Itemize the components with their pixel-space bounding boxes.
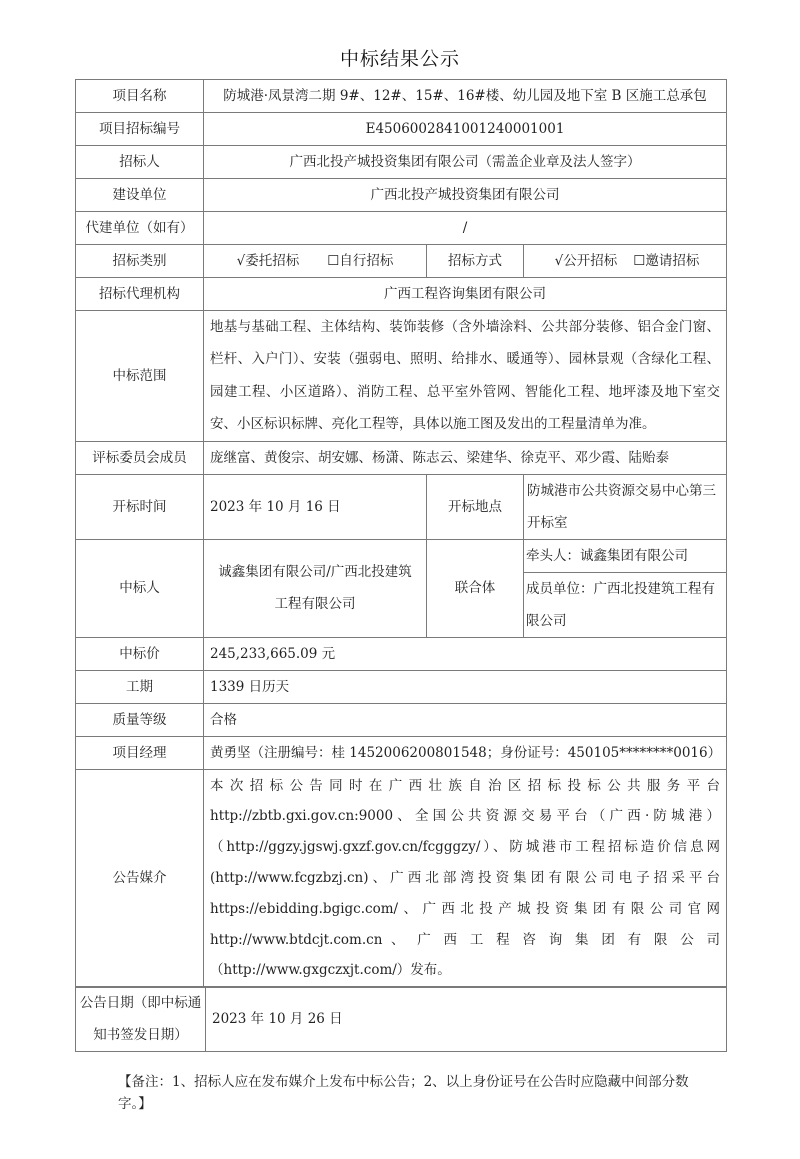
row-duration: 工期 1339 日历天 — [76, 670, 727, 703]
media-line: http://zbtb.gxi.gov.cn:9000、全国公共资源交易平台（广… — [210, 801, 720, 832]
media-line: (http://www.fcgzbzj.cn)、广西北部湾投资集团有限公司电子招… — [210, 863, 720, 894]
price-value: 245,233,665.09 元 — [204, 637, 727, 670]
opening-time-label: 开标时间 — [76, 474, 204, 539]
tender-type-options: √委托招标☐自行招标 — [204, 245, 427, 278]
manager-label: 项目经理 — [76, 736, 204, 769]
committee-label: 评标委员会成员 — [76, 441, 204, 474]
row-tender-type: 招标类别 √委托招标☐自行招标 招标方式 √公开招标☐邀请招标 — [76, 245, 727, 278]
agency-label: 招标代理机构 — [76, 278, 204, 311]
opening-place-value: 防城港市公共资源交易中心第三开标室 — [524, 474, 727, 539]
scope-label: 中标范围 — [76, 311, 204, 442]
row-media: 公告媒介 本次招标公告同时在广西壮族自治区招标投标公共服务平台 http://z… — [76, 769, 727, 988]
media-line: 本次招标公告同时在广西壮族自治区招标投标公共服务平台 — [210, 771, 720, 802]
project-code-value: E4506002841001240001001 — [204, 113, 727, 146]
tender-method-options: √公开招标☐邀请招标 — [524, 245, 727, 278]
remark-note: 【备注：1、招标人应在发布媒介上发布中标公告；2、以上身份证号在公告时应隐藏中间… — [118, 1071, 698, 1115]
option-entrusted: √委托招标 — [237, 245, 300, 277]
agency-value: 广西工程咨询集团有限公司 — [204, 278, 727, 311]
page-title: 中标结果公示 — [0, 44, 800, 71]
quality-value: 合格 — [204, 703, 727, 736]
project-name-value: 防城港·凤景湾二期 9#、12#、15#、16#楼、幼儿园及地下室 B 区施工总… — [204, 80, 727, 113]
option-self: ☐自行招标 — [327, 245, 393, 277]
quality-label: 质量等级 — [76, 703, 204, 736]
row-agency: 招标代理机构 广西工程咨询集团有限公司 — [76, 278, 727, 311]
empty-checkbox-icon: ☐ — [327, 253, 339, 269]
row-agent-builder: 代建单位（如有） / — [76, 212, 727, 245]
media-line: （http://www.gxgczxjt.com/）发布。 — [210, 955, 720, 986]
duration-label: 工期 — [76, 670, 204, 703]
project-code-label: 项目招标编号 — [76, 113, 204, 146]
row-tenderer: 招标人 广西北投产城投资集团有限公司（需盖企业章及法人签字） — [76, 146, 727, 179]
opening-time-value: 2023 年 10 月 16 日 — [204, 474, 427, 539]
scope-value: 地基与基础工程、主体结构、装饰装修（含外墙涂料、公共部分装修、铝合金门窗、栏杆、… — [204, 311, 727, 442]
agent-builder-label: 代建单位（如有） — [76, 212, 204, 245]
tenderer-label: 招标人 — [76, 146, 204, 179]
media-line: http://www.btdcjt.com.cn 、 广 西 工 程 咨 询 集… — [210, 925, 720, 956]
option-open: √公开招标 — [555, 245, 618, 277]
tender-method-label: 招标方式 — [427, 245, 524, 278]
row-committee: 评标委员会成员 庞继富、黄俊宗、胡安娜、杨潇、陈志云、梁建华、徐克平、邓少霞、陆… — [76, 441, 727, 474]
builder-label: 建设单位 — [76, 179, 204, 212]
announcement-date-label: 公告日期（即中标通知书签发日期） — [76, 987, 206, 1052]
opening-place-label: 开标地点 — [427, 474, 524, 539]
price-label: 中标价 — [76, 637, 204, 670]
winner-label: 中标人 — [76, 539, 204, 637]
announcement-date-table: 公告日期（即中标通知书签发日期） 2023 年 10 月 26 日 — [75, 986, 727, 1052]
row-opening: 开标时间 2023 年 10 月 16 日 开标地点 防城港市公共资源交易中心第… — [76, 474, 727, 539]
agent-builder-value: / — [204, 212, 727, 245]
consortium-lead: 牵头人：诚鑫集团有限公司 — [524, 539, 727, 572]
media-label: 公告媒介 — [76, 769, 204, 988]
project-name-label: 项目名称 — [76, 80, 204, 113]
consortium-label: 联合体 — [427, 539, 524, 637]
row-scope: 中标范围 地基与基础工程、主体结构、装饰装修（含外墙涂料、公共部分装修、铝合金门… — [76, 311, 727, 442]
row-project-code: 项目招标编号 E4506002841001240001001 — [76, 113, 727, 146]
row-project-name: 项目名称 防城港·凤景湾二期 9#、12#、15#、16#楼、幼儿园及地下室 B… — [76, 80, 727, 113]
winner-value: 诚鑫集团有限公司/广西北投建筑工程有限公司 — [204, 539, 427, 637]
tenderer-value: 广西北投产城投资集团有限公司（需盖企业章及法人签字） — [204, 146, 727, 179]
media-line: （http://ggzy.jgswj.gxzf.gov.cn/fcgggzy/）… — [210, 832, 720, 863]
empty-checkbox-icon: ☐ — [633, 253, 645, 269]
manager-value: 黄勇坚（注册编号：桂 1452006200801548；身份证号：450105*… — [204, 736, 727, 769]
bid-result-table: 项目名称 防城港·凤景湾二期 9#、12#、15#、16#楼、幼儿园及地下室 B… — [75, 79, 727, 988]
row-price: 中标价 245,233,665.09 元 — [76, 637, 727, 670]
media-value: 本次招标公告同时在广西壮族自治区招标投标公共服务平台 http://zbtb.g… — [204, 769, 727, 988]
row-quality: 质量等级 合格 — [76, 703, 727, 736]
row-announcement-date: 公告日期（即中标通知书签发日期） 2023 年 10 月 26 日 — [76, 987, 727, 1052]
media-line: https://ebidding.bgigc.com/、广西北投产城投资集团有限… — [210, 894, 720, 925]
tender-type-label: 招标类别 — [76, 245, 204, 278]
row-winner: 中标人 诚鑫集团有限公司/广西北投建筑工程有限公司 联合体 牵头人：诚鑫集团有限… — [76, 539, 727, 572]
announcement-date-value: 2023 年 10 月 26 日 — [206, 987, 727, 1052]
checkmark-icon: √ — [555, 253, 564, 269]
committee-value: 庞继富、黄俊宗、胡安娜、杨潇、陈志云、梁建华、徐克平、邓少霞、陆贻泰 — [204, 441, 727, 474]
duration-value: 1339 日历天 — [204, 670, 727, 703]
consortium-member: 成员单位：广西北投建筑工程有限公司 — [524, 572, 727, 637]
builder-value: 广西北投产城投资集团有限公司 — [204, 179, 727, 212]
checkmark-icon: √ — [237, 253, 246, 269]
option-invited: ☐邀请招标 — [633, 245, 699, 277]
row-builder: 建设单位 广西北投产城投资集团有限公司 — [76, 179, 727, 212]
row-manager: 项目经理 黄勇坚（注册编号：桂 1452006200801548；身份证号：45… — [76, 736, 727, 769]
